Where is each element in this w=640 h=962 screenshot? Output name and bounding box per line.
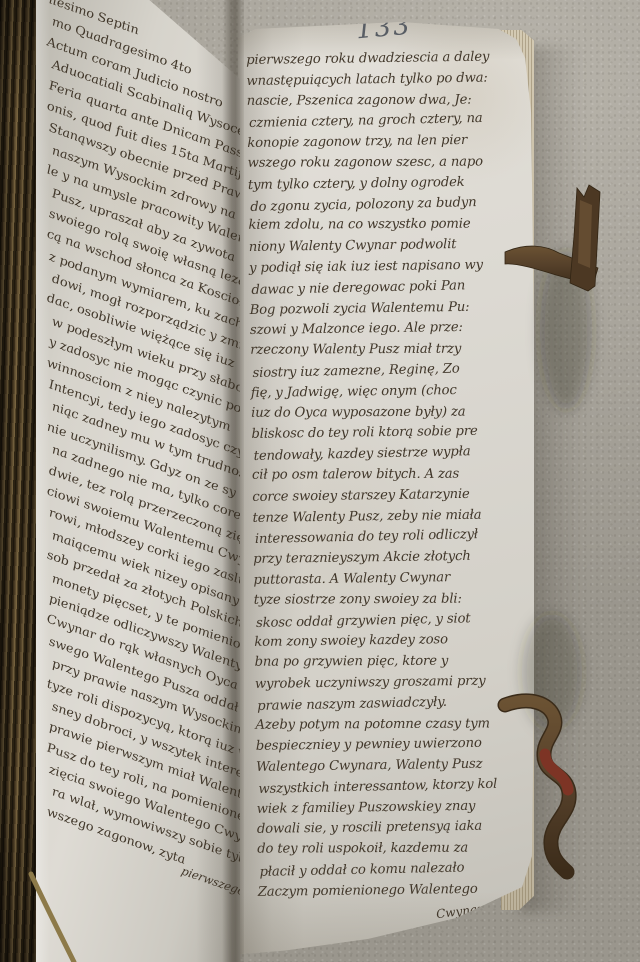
book-gutter-shadow xyxy=(222,0,244,962)
right-manuscript-page: 133 pierwszego roku dwadziescia a daleyw… xyxy=(238,0,534,962)
manuscript-photo: 133 pierwszego roku dwadziescia a daleyw… xyxy=(0,0,640,962)
manuscript-line: wnastępuiących latach tylko po dwa: xyxy=(246,68,522,93)
manuscript-line: kiem zdolu, na co wszystko pomie xyxy=(248,215,524,237)
left-page-block-edge xyxy=(0,0,36,962)
manuscript-line: szowi y Malzonce iego. Ale prze: xyxy=(250,317,526,342)
manuscript-line: iuz do Oyca wyposazone były) za xyxy=(251,402,527,424)
manuscript-line: cił po osm talerow bitych. A zas xyxy=(252,464,528,486)
manuscript-line: puttorasta. A Walenty Cwynar xyxy=(253,567,529,592)
left-page-text: llesimo Septinmo Quadragesimo 4toActum c… xyxy=(49,0,240,911)
manuscript-line: Azeby potym na potomne czasy tym xyxy=(255,714,531,736)
right-page-text: pierwszego roku dwadziescia a daleywnast… xyxy=(246,47,534,903)
manuscript-line: konopie zagonow trzy, na len pier xyxy=(247,130,523,155)
left-manuscript-page: llesimo Septinmo Quadragesimo 4toActum c… xyxy=(34,0,240,962)
manuscript-line: bna po grzywien pięc, ktore y xyxy=(255,651,531,673)
manuscript-line: wszego roku zagonow szesc, a napo xyxy=(248,152,524,174)
